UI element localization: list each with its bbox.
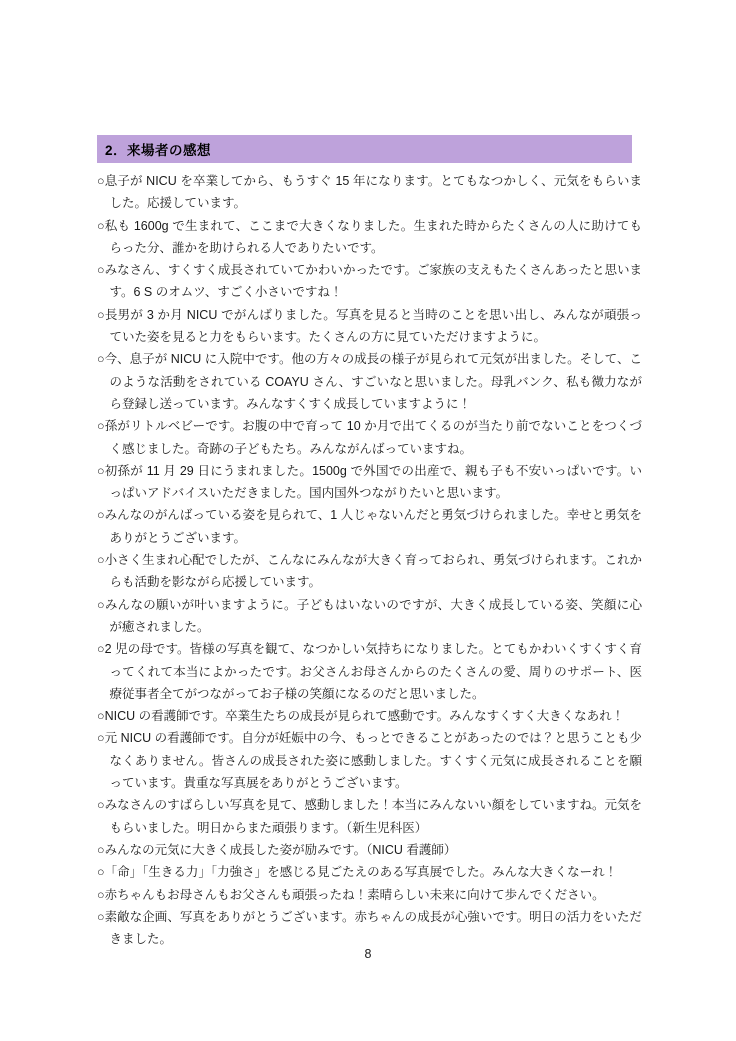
feedback-text: 孫がリトルベビーです。お腹の中で育って 10 か月で出てくるのが当たり前でないこ… bbox=[105, 419, 642, 455]
feedback-text: 「命」「生きる力」「力強さ」を感じる見ごたえのある写真展でした。みんな大きくなー… bbox=[105, 865, 618, 879]
feedback-item: ○赤ちゃんもお母さんもお父さんも頑張ったね！素晴らしい未来に向けて歩んでください… bbox=[97, 884, 642, 906]
feedback-text: みんなのがんばっている姿を見られて、1 人じゃないんだと勇気づけられました。幸せ… bbox=[105, 508, 642, 544]
list-marker: ○ bbox=[97, 464, 105, 478]
feedback-item: ○長男が 3 か月 NICU でがんばりました。写真を見ると当時のことを思い出し… bbox=[97, 304, 642, 349]
feedback-text: 素敵な企画、写真をありがとうございます。赤ちゃんの成長が心強いです。明日の活力を… bbox=[105, 910, 642, 946]
list-marker: ○ bbox=[97, 219, 105, 233]
feedback-item: ○小さく生まれ心配でしたが、こんなにみんなが大きく育っておられ、勇気づけられます… bbox=[97, 549, 642, 594]
feedback-item: ○みんなの元気に大きく成長した姿が励みです。（NICU 看護師） bbox=[97, 839, 642, 861]
feedback-text: みなさんのすばらしい写真を見て、感動しました！本当にみんないい顔をしていますね。… bbox=[105, 798, 642, 834]
list-marker: ○ bbox=[97, 910, 105, 924]
feedback-text: 元 NICU の看護師です。自分が妊娠中の今、もっとできることがあったのでは？と… bbox=[105, 731, 642, 790]
list-marker: ○ bbox=[97, 553, 105, 567]
list-marker: ○ bbox=[97, 308, 105, 322]
feedback-item: ○「命」「生きる力」「力強さ」を感じる見ごたえのある写真展でした。みんな大きくな… bbox=[97, 861, 642, 883]
list-marker: ○ bbox=[97, 888, 105, 902]
feedback-item: ○みんなの願いが叶いますように。子どもはいないのですが、大きく成長している姿、笑… bbox=[97, 594, 642, 639]
list-marker: ○ bbox=[97, 843, 105, 857]
list-marker: ○ bbox=[97, 419, 105, 433]
section-title: 2．来場者の感想 bbox=[105, 139, 211, 159]
feedback-item: ○息子が NICU を卒業してから、もうすぐ 15 年になります。とてもなつかし… bbox=[97, 170, 642, 215]
feedback-item: ○2 児の母です。皆様の写真を観て、なつかしい気持ちになりました。とてもかわいく… bbox=[97, 638, 642, 705]
feedback-text: 長男が 3 か月 NICU でがんばりました。写真を見ると当時のことを思い出し、… bbox=[105, 308, 642, 344]
feedback-text: 息子が NICU を卒業してから、もうすぐ 15 年になります。とてもなつかしく… bbox=[105, 174, 642, 210]
feedback-text: 今、息子が NICU に入院中です。他の方々の成長の様子が見られて元気が出ました… bbox=[105, 352, 642, 411]
feedback-item: ○元 NICU の看護師です。自分が妊娠中の今、もっとできることがあったのでは？… bbox=[97, 727, 642, 794]
feedback-item: ○素敵な企画、写真をありがとうございます。赤ちゃんの成長が心強いです。明日の活力… bbox=[97, 906, 642, 951]
feedback-text: 初孫が 11 月 29 日にうまれました。1500g で外国での出産で、親も子も… bbox=[105, 464, 642, 500]
feedback-item: ○みなさん、すくすく成長されていてかわいかったです。ご家族の支えもたくさんあった… bbox=[97, 259, 642, 304]
feedback-list: ○息子が NICU を卒業してから、もうすぐ 15 年になります。とてもなつかし… bbox=[97, 170, 642, 950]
feedback-text: NICU の看護師です。卒業生たちの成長が見られて感動です。みんなすくすく大きく… bbox=[105, 709, 625, 723]
feedback-item: ○今、息子が NICU に入院中です。他の方々の成長の様子が見られて元気が出まし… bbox=[97, 348, 642, 415]
feedback-item: ○私も 1600g で生まれて、ここまで大きくなりました。生まれた時からたくさん… bbox=[97, 215, 642, 260]
feedback-item: ○みなさんのすばらしい写真を見て、感動しました！本当にみんないい顔をしていますね… bbox=[97, 794, 642, 839]
section-header: 2．来場者の感想 bbox=[97, 135, 632, 163]
feedback-text: みんなの願いが叶いますように。子どもはいないのですが、大きく成長している姿、笑顔… bbox=[105, 598, 642, 634]
feedback-text: 2 児の母です。皆様の写真を観て、なつかしい気持ちになりました。とてもかわいくす… bbox=[105, 642, 642, 701]
feedback-text: 私も 1600g で生まれて、ここまで大きくなりました。生まれた時からたくさんの… bbox=[105, 219, 642, 255]
feedback-item: ○NICU の看護師です。卒業生たちの成長が見られて感動です。みんなすくすく大き… bbox=[97, 705, 642, 727]
list-marker: ○ bbox=[97, 731, 105, 745]
feedback-text: みんなの元気に大きく成長した姿が励みです。（NICU 看護師） bbox=[105, 843, 457, 857]
list-marker: ○ bbox=[97, 508, 105, 522]
feedback-item: ○孫がリトルベビーです。お腹の中で育って 10 か月で出てくるのが当たり前でない… bbox=[97, 415, 642, 460]
list-marker: ○ bbox=[97, 174, 105, 188]
list-marker: ○ bbox=[97, 709, 105, 723]
feedback-item: ○みんなのがんばっている姿を見られて、1 人じゃないんだと勇気づけられました。幸… bbox=[97, 504, 642, 549]
feedback-text: 赤ちゃんもお母さんもお父さんも頑張ったね！素晴らしい未来に向けて歩んでください。 bbox=[105, 888, 605, 902]
feedback-item: ○初孫が 11 月 29 日にうまれました。1500g で外国での出産で、親も子… bbox=[97, 460, 642, 505]
list-marker: ○ bbox=[97, 642, 105, 656]
feedback-text: みなさん、すくすく成長されていてかわいかったです。ご家族の支えもたくさんあったと… bbox=[105, 263, 642, 299]
list-marker: ○ bbox=[97, 263, 105, 277]
list-marker: ○ bbox=[97, 865, 105, 879]
list-marker: ○ bbox=[97, 352, 105, 366]
document-page: 2．来場者の感想 ○息子が NICU を卒業してから、もうすぐ 15 年になりま… bbox=[0, 0, 736, 1041]
list-marker: ○ bbox=[97, 598, 105, 612]
list-marker: ○ bbox=[97, 798, 105, 812]
page-number: 8 bbox=[0, 947, 736, 961]
feedback-text: 小さく生まれ心配でしたが、こんなにみんなが大きく育っておられ、勇気づけられます。… bbox=[105, 553, 642, 589]
